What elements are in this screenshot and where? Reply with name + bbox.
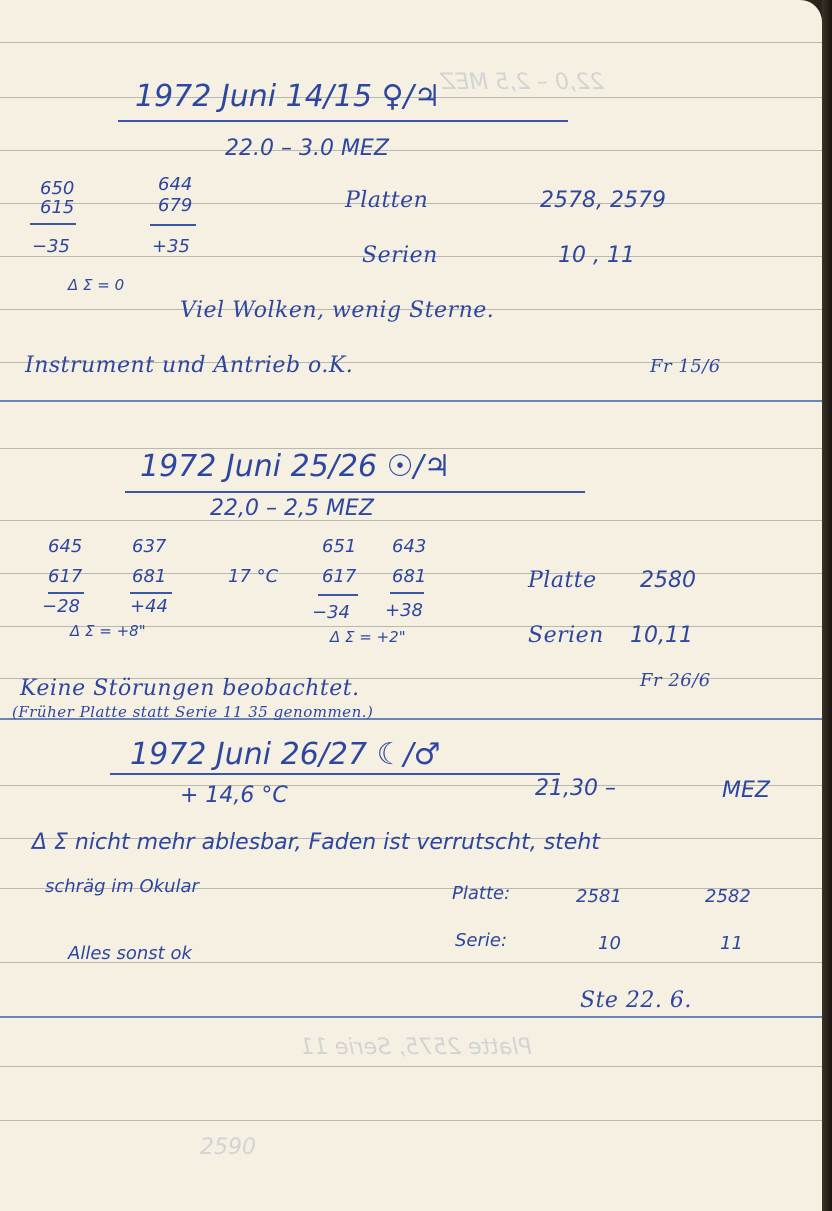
note: Keine Störungen beobachtet. [20, 678, 360, 700]
note: Δ Σ nicht mehr ablesbar, Faden ist verru… [32, 832, 600, 854]
plates-label: Platte [528, 570, 597, 592]
reading-difference: −34 [312, 604, 350, 622]
sum-line [390, 592, 424, 594]
series-value: 10 , 11 [558, 245, 635, 267]
bleedthrough-text: 22,0 – 2,5 MEZ [440, 70, 604, 95]
sum-line [48, 592, 84, 594]
delta-sigma: Δ Σ = 0 [68, 278, 124, 293]
note: Viel Wolken, wenig Sterne. [180, 300, 494, 322]
reading-difference: −28 [42, 598, 80, 616]
ruled-line [0, 520, 822, 521]
ruled-line [0, 42, 822, 43]
entry-heading: 1972 Juni 14/15 ♀/♃ [135, 82, 441, 112]
delta-sigma: Δ Σ = +8" [70, 624, 146, 639]
section-divider [0, 1016, 822, 1018]
series-label: Serie: [455, 932, 507, 950]
reading-value: 644 [158, 176, 192, 194]
temperature: + 14,6 °C [180, 785, 288, 807]
reading-value: 617 [48, 568, 82, 586]
sum-line [130, 592, 172, 594]
delta-sigma: Δ Σ = +2" [330, 630, 406, 645]
reading-value: 643 [392, 538, 426, 556]
ruled-line [0, 785, 822, 786]
entry-heading: 1972 Juni 26/27 ☾/♂ [130, 740, 441, 770]
plates-value: 2578, 2579 [540, 190, 666, 212]
reading-value: 650 [40, 180, 74, 198]
ruled-line [0, 1120, 822, 1121]
reading-difference: +38 [385, 602, 423, 620]
reading-difference: +35 [152, 238, 190, 256]
note: schräg im Okular [45, 878, 199, 896]
note: Instrument und Antrieb o.K. [25, 355, 353, 377]
sum-line [150, 224, 196, 226]
series-number: 11 [720, 935, 743, 953]
plate-number: 2582 [705, 888, 751, 906]
bleedthrough-number: 2590 [200, 1135, 256, 1160]
time-zone: MEZ [722, 780, 770, 802]
notebook-page: 22,0 – 2,5 MEZ Platte 2575, Serie 11 259… [0, 0, 822, 1211]
heading-underline [118, 120, 568, 122]
reading-difference: +44 [130, 598, 168, 616]
sum-line [318, 594, 358, 596]
observation-time: 21,30 – [535, 778, 616, 800]
reading-value: 651 [322, 538, 356, 556]
observation-time: 22.0 – 3.0 MEZ [225, 138, 389, 160]
signature: Fr 26/6 [640, 672, 711, 690]
entry-heading: 1972 Juni 25/26 ☉/♃ [140, 452, 451, 482]
reading-value: 681 [392, 568, 426, 586]
signature: Ste 22. 6. [580, 990, 692, 1012]
sum-line [30, 223, 76, 225]
reading-value: 617 [322, 568, 356, 586]
page-edge [822, 0, 832, 1211]
ruled-line [0, 1066, 822, 1067]
series-label: Serien [528, 625, 604, 647]
reading-value: 615 [40, 199, 74, 217]
series-value: 10,11 [630, 625, 693, 647]
reading-difference: −35 [32, 238, 70, 256]
reading-value: 637 [132, 538, 166, 556]
heading-underline [110, 773, 560, 775]
reading-value: 645 [48, 538, 82, 556]
ruled-line [0, 150, 822, 151]
reading-value: 681 [132, 568, 166, 586]
plate-number: 2581 [576, 888, 622, 906]
plates-label: Platte: [452, 885, 510, 903]
plates-label: Platten [345, 190, 428, 212]
signature: Fr 15/6 [650, 358, 721, 376]
series-label: Serien [362, 245, 438, 267]
plates-value: 2580 [640, 570, 696, 592]
bleedthrough-text: Platte 2575, Serie 11 [300, 1035, 532, 1060]
observation-time: 22,0 – 2,5 MEZ [210, 498, 374, 520]
note: Alles sonst ok [68, 945, 192, 963]
temperature: 17 °C [228, 568, 278, 586]
heading-underline [125, 491, 585, 493]
section-divider [0, 400, 822, 402]
series-number: 10 [598, 935, 621, 953]
note: (Früher Platte statt Serie 11 35 genomme… [12, 705, 373, 720]
reading-value: 679 [158, 197, 192, 215]
